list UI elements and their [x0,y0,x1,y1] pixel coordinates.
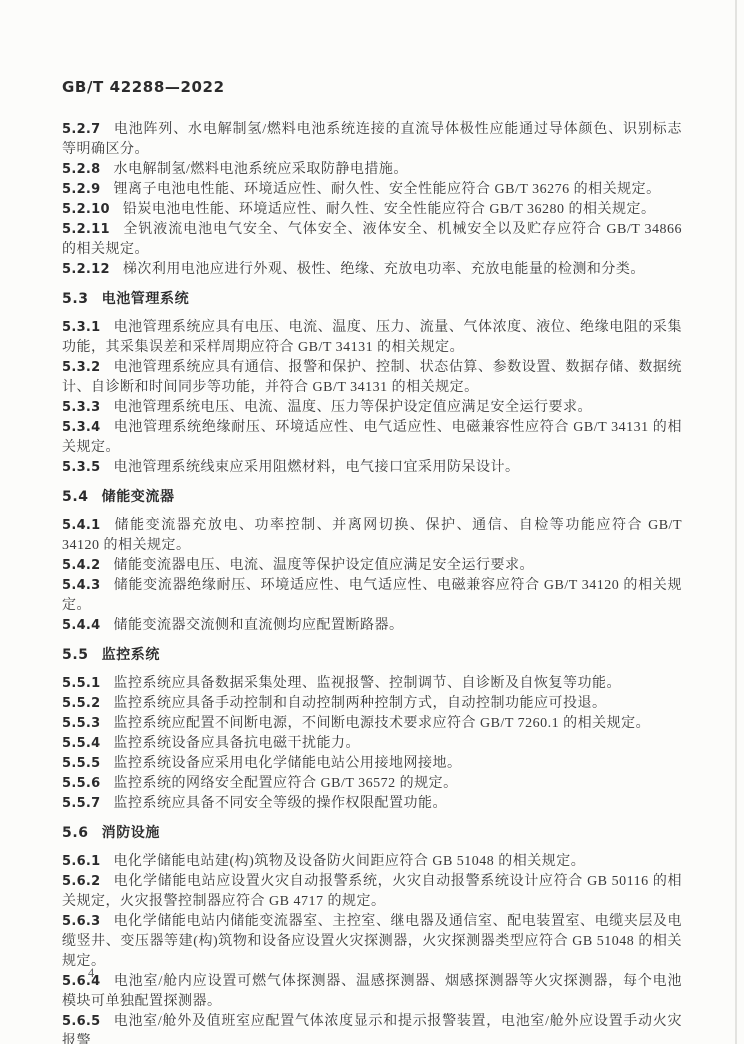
section-5.4: 5.4储能变流器5.4.1储能变流器充放电、功率控制、并离网切换、保护、通信、自… [62,487,682,636]
clause-5.6.4: 5.6.4电池室/舱内应设置可燃气体探测器、温感探测器、烟感探测器等火灾探测器，… [62,972,682,1012]
clause-number: 5.4.2 [62,558,101,573]
clause-number: 5.6.5 [62,1014,101,1029]
clause-number: 5.5.6 [62,776,101,791]
clause-5.2.11: 5.2.11全钒液流电池电气安全、气体安全、液体安全、机械安全以及贮存应符合 G… [62,220,682,260]
clause-text: 监控系统应具备手动控制和自动控制两种控制方式，自动控制功能应可投退。 [114,696,607,711]
clause-number: 5.3.3 [62,400,101,415]
clause-number: 5.5.1 [62,676,101,691]
clause-text: 电化学储能电站应设置火灾自动报警系统，火灾自动报警系统设计应符合 GB 5011… [62,874,682,909]
clause-text: 监控系统应具备不同安全等级的操作权限配置功能。 [114,796,448,811]
clause-text: 电池室/舱外及值班室应配置气体浓度显示和提示报警装置，电池室/舱外应设置手动火灾… [62,1014,682,1044]
clause-5.5.5: 5.5.5监控系统设备应采用电化学储能电站公用接地网接地。 [62,754,682,774]
clause-number: 5.6.3 [62,914,101,929]
clause-5.3.3: 5.3.3电池管理系统电压、电流、温度、压力等保护设定值应满足安全运行要求。 [62,398,682,418]
section-heading: 5.4储能变流器 [62,487,682,507]
clause-5.4.4: 5.4.4储能变流器交流侧和直流侧均应配置断路器。 [62,616,682,636]
clause-5.5.6: 5.5.6监控系统的网络安全配置应符合 GB/T 36572 的规定。 [62,774,682,794]
section-heading: 5.6消防设施 [62,823,682,843]
document-content: 5.2.7电池阵列、水电解制氢/燃料电池系统连接的直流导体极性应能通过导体颜色、… [62,120,682,1044]
section-title: 储能变流器 [102,489,175,505]
clause-5.6.5: 5.6.5电池室/舱外及值班室应配置气体浓度显示和提示报警装置，电池室/舱外应设… [62,1012,682,1044]
clause-5.4.1: 5.4.1储能变流器充放电、功率控制、并离网切换、保护、通信、自检等功能应符合 … [62,516,682,556]
clause-number: 5.4.1 [62,518,101,533]
section-title: 消防设施 [102,825,160,841]
clause-number: 5.3.5 [62,460,101,475]
clause-text: 电池室/舱内应设置可燃气体探测器、温感探测器、烟感探测器等火灾探测器，每个电池模… [62,974,682,1009]
clause-text: 梯次利用电池应进行外观、极性、绝缘、充放电功率、充放电能量的检测和分类。 [123,262,645,277]
clause-number: 5.2.11 [62,222,110,237]
clause-number: 5.4.4 [62,618,101,633]
clause-5.2.7: 5.2.7电池阵列、水电解制氢/燃料电池系统连接的直流导体极性应能通过导体颜色、… [62,120,682,160]
clause-5.6.3: 5.6.3电化学储能电站内储能变流器室、主控室、继电器及通信室、配电装置室、电缆… [62,912,682,972]
clause-text: 监控系统的网络安全配置应符合 GB/T 36572 的规定。 [114,776,458,791]
clause-number: 5.5.3 [62,716,101,731]
section-5.6: 5.6消防设施5.6.1电化学储能电站建(构)筑物及设备防火间距应符合 GB 5… [62,823,682,1044]
clause-text: 电池管理系统线束应采用阻燃材料，电气接口宜采用防呆设计。 [114,460,520,475]
clause-number: 5.5.5 [62,756,101,771]
clause-number: 5.3.1 [62,320,101,335]
clause-text: 储能变流器电压、电流、温度等保护设定值应满足安全运行要求。 [114,558,535,573]
clause-number: 5.5.2 [62,696,101,711]
clause-number: 5.2.7 [62,122,101,137]
clause-5.5.1: 5.5.1监控系统应具备数据采集处理、监视报警、控制调节、自诊断及自恢复等功能。 [62,674,682,694]
clause-5.2.12: 5.2.12梯次利用电池应进行外观、极性、绝缘、充放电功率、充放电能量的检测和分… [62,260,682,280]
clause-number: 5.3.4 [62,420,101,435]
section-number: 5.5 [62,647,89,663]
clause-text: 电池管理系统应具有通信、报警和保护、控制、状态估算、参数设置、数据存储、数据统计… [62,360,682,395]
clause-5.2.8: 5.2.8水电解制氢/燃料电池系统应采取防静电措施。 [62,160,682,180]
clause-5.2.10: 5.2.10铅炭电池电性能、环境适应性、耐久性、安全性能应符合 GB/T 362… [62,200,682,220]
clause-text: 监控系统设备应采用电化学储能电站公用接地网接地。 [114,756,462,771]
clause-text: 监控系统应具备数据采集处理、监视报警、控制调节、自诊断及自恢复等功能。 [114,676,622,691]
clause-text: 电化学储能电站建(构)筑物及设备防火间距应符合 GB 51048 的相关规定。 [114,854,586,869]
clause-number: 5.2.12 [62,262,110,277]
clause-text: 电池阵列、水电解制氢/燃料电池系统连接的直流导体极性应能通过导体颜色、识别标志等… [62,122,682,157]
clause-number: 5.2.10 [62,202,110,217]
clause-text: 铅炭电池电性能、环境适应性、耐久性、安全性能应符合 GB/T 36280 的相关… [123,202,656,217]
standard-number-header: GB/T 42288—2022 [62,78,682,96]
section-number: 5.4 [62,489,89,505]
section-number: 5.3 [62,291,89,307]
section-5.3: 5.3电池管理系统5.3.1电池管理系统应具有电压、电流、温度、压力、流量、气体… [62,289,682,478]
clause-number: 5.6.1 [62,854,101,869]
clause-number: 5.6.4 [62,974,101,989]
clause-text: 储能变流器绝缘耐压、环境适应性、电气适应性、电磁兼容应符合 GB/T 34120… [62,578,682,613]
clause-5.5.7: 5.5.7监控系统应具备不同安全等级的操作权限配置功能。 [62,794,682,814]
clause-5.5.2: 5.5.2监控系统应具备手动控制和自动控制两种控制方式，自动控制功能应可投退。 [62,694,682,714]
clause-text: 电池管理系统电压、电流、温度、压力等保护设定值应满足安全运行要求。 [114,400,593,415]
section-title: 电池管理系统 [102,291,190,307]
clause-text: 监控系统应配置不间断电源，不间断电源技术要求应符合 GB/T 7260.1 的相… [114,716,651,731]
clause-text: 电化学储能电站内储能变流器室、主控室、继电器及通信室、配电装置室、电缆夹层及电缆… [62,914,682,969]
clause-5.4.3: 5.4.3储能变流器绝缘耐压、环境适应性、电气适应性、电磁兼容应符合 GB/T … [62,576,682,616]
clause-text: 监控系统设备应具备抗电磁干扰能力。 [114,736,361,751]
clause-5.4.2: 5.4.2储能变流器电压、电流、温度等保护设定值应满足安全运行要求。 [62,556,682,576]
clause-text: 全钒液流电池电气安全、气体安全、液体安全、机械安全以及贮存应符合 GB/T 34… [62,222,682,257]
clause-text: 储能变流器交流侧和直流侧均应配置断路器。 [114,618,404,633]
section-title: 监控系统 [102,647,160,663]
clause-5.2.9: 5.2.9锂离子电池电性能、环境适应性、耐久性、安全性能应符合 GB/T 362… [62,180,682,200]
clause-number: 5.2.8 [62,162,101,177]
section-number: 5.6 [62,825,89,841]
clause-text: 储能变流器充放电、功率控制、并离网切换、保护、通信、自检等功能应符合 GB/T … [62,518,682,553]
clause-5.3.4: 5.3.4电池管理系统绝缘耐压、环境适应性、电气适应性、电磁兼容性应符合 GB/… [62,418,682,458]
clause-number: 5.5.4 [62,736,101,751]
clause-5.3.2: 5.3.2电池管理系统应具有通信、报警和保护、控制、状态估算、参数设置、数据存储… [62,358,682,398]
clause-number: 5.4.3 [62,578,101,593]
section-continuation: 5.2.7电池阵列、水电解制氢/燃料电池系统连接的直流导体极性应能通过导体颜色、… [62,120,682,280]
page-number: 4 [88,966,94,981]
clause-5.3.5: 5.3.5电池管理系统线束应采用阻燃材料，电气接口宜采用防呆设计。 [62,458,682,478]
clause-text: 水电解制氢/燃料电池系统应采取防静电措施。 [114,162,408,177]
section-5.5: 5.5监控系统5.5.1监控系统应具备数据采集处理、监视报警、控制调节、自诊断及… [62,645,682,814]
section-heading: 5.3电池管理系统 [62,289,682,309]
clause-number: 5.3.2 [62,360,101,375]
clause-5.3.1: 5.3.1电池管理系统应具有电压、电流、温度、压力、流量、气体浓度、液位、绝缘电… [62,318,682,358]
clause-5.5.4: 5.5.4监控系统设备应具备抗电磁干扰能力。 [62,734,682,754]
clause-text: 电池管理系统应具有电压、电流、温度、压力、流量、气体浓度、液位、绝缘电阻的采集功… [62,320,682,355]
clause-number: 5.6.2 [62,874,101,889]
clause-number: 5.2.9 [62,182,101,197]
document-page: GB/T 42288—2022 5.2.7电池阵列、水电解制氢/燃料电池系统连接… [0,0,744,1044]
clause-text: 锂离子电池电性能、环境适应性、耐久性、安全性能应符合 GB/T 36276 的相… [114,182,661,197]
section-heading: 5.5监控系统 [62,645,682,665]
clause-5.5.3: 5.5.3监控系统应配置不间断电源，不间断电源技术要求应符合 GB/T 7260… [62,714,682,734]
clause-text: 电池管理系统绝缘耐压、环境适应性、电气适应性、电磁兼容性应符合 GB/T 341… [62,420,682,455]
clause-5.6.2: 5.6.2电化学储能电站应设置火灾自动报警系统，火灾自动报警系统设计应符合 GB… [62,872,682,912]
clause-number: 5.5.7 [62,796,101,811]
clause-5.6.1: 5.6.1电化学储能电站建(构)筑物及设备防火间距应符合 GB 51048 的相… [62,852,682,872]
